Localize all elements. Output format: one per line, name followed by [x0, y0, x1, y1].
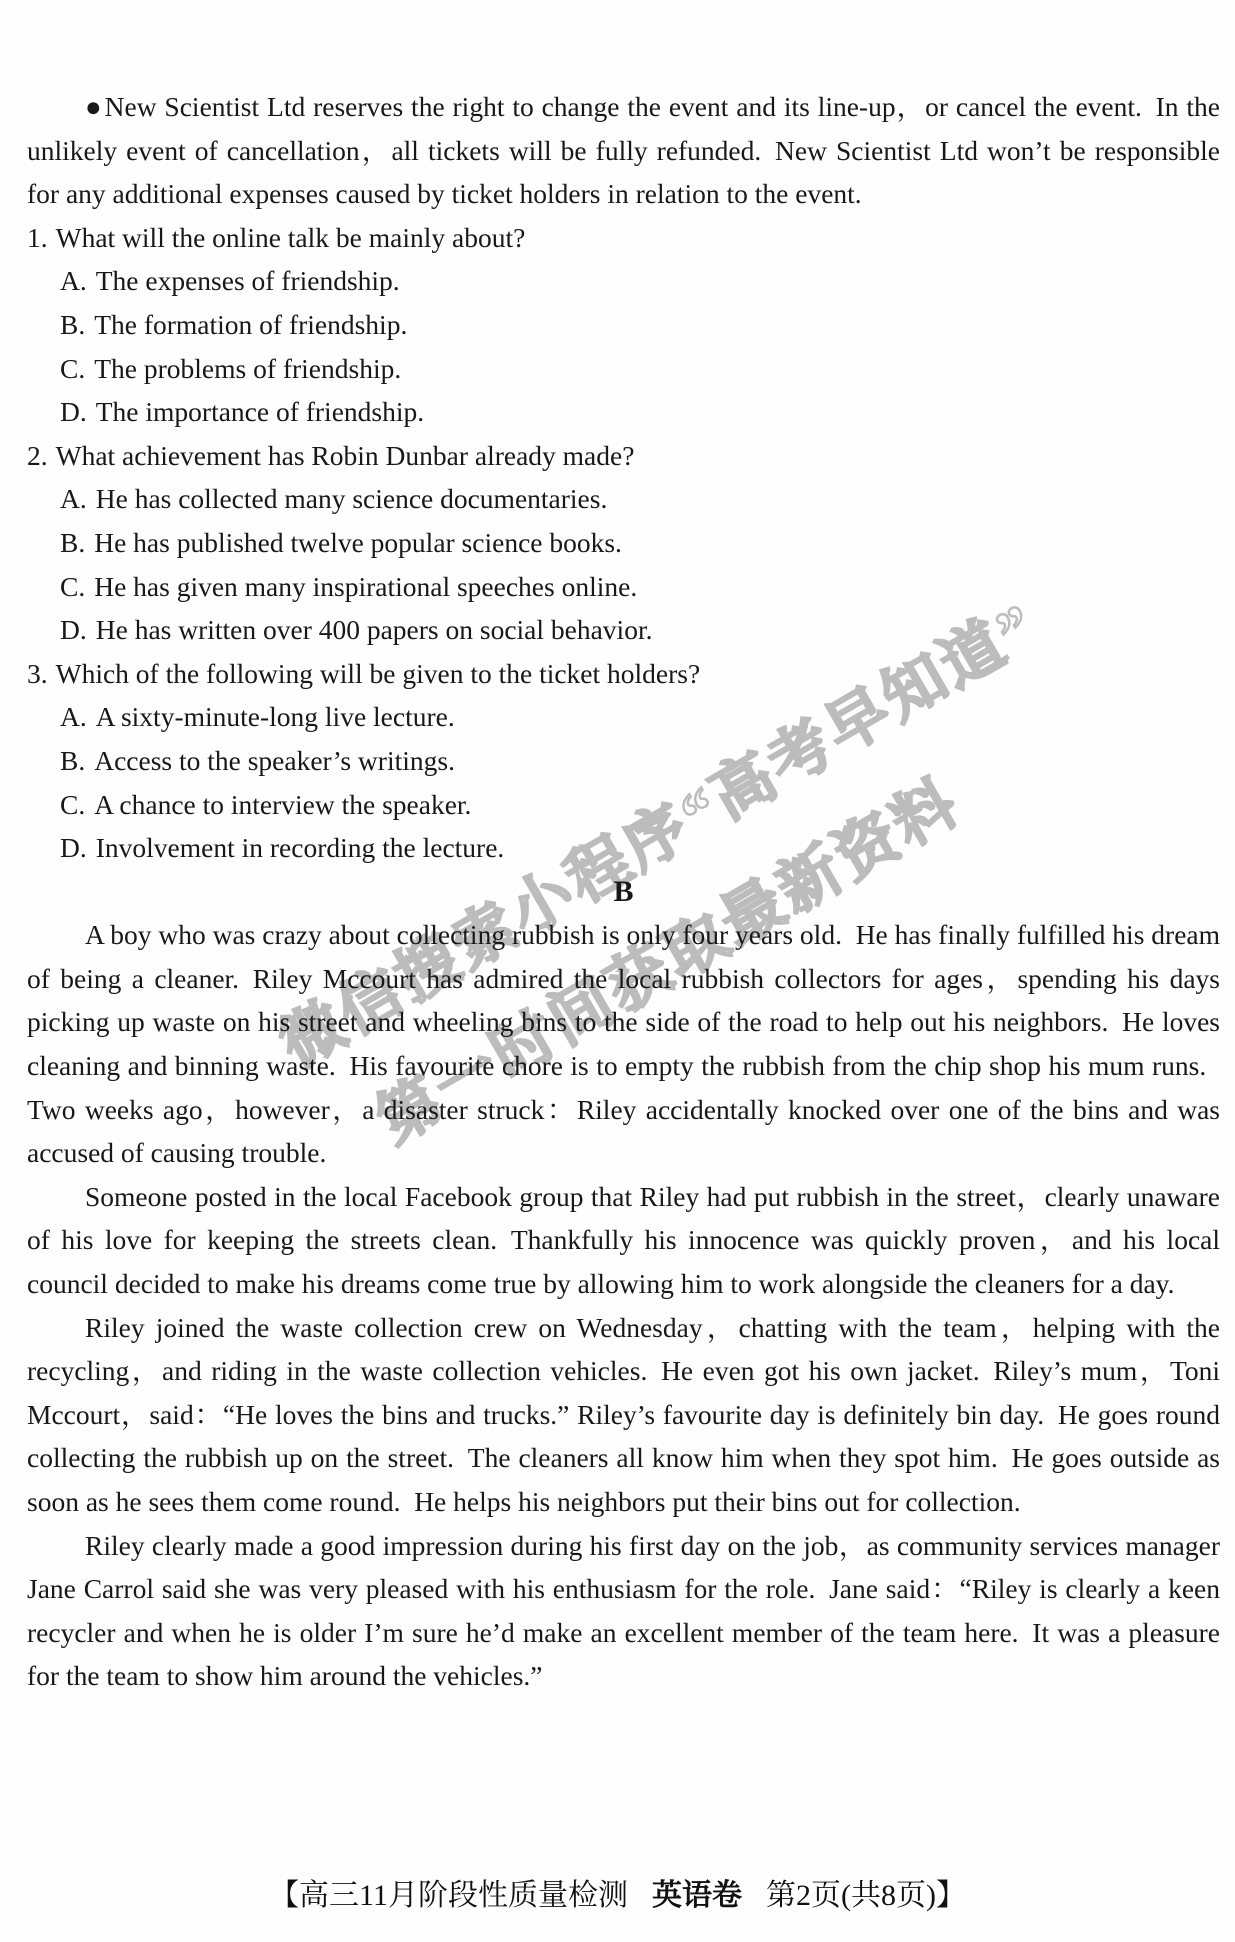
question-3-option-c: C.A chance to interview the speaker. [27, 783, 1220, 827]
page-content: ●New Scientist Ltd reserves the right to… [27, 85, 1220, 1698]
question-3-stem: 3.Which of the following will be given t… [27, 652, 1220, 696]
question-text: What will the online talk be mainly abou… [56, 222, 526, 253]
page-footer: 【高三11月阶段性质量检测英语卷第2页(共8页)】 [0, 1874, 1235, 1918]
option-label: A. [60, 701, 87, 732]
passage-paragraph-4: Riley clearly made a good impression dur… [27, 1524, 1220, 1698]
bullet-icon: ● [85, 91, 103, 122]
question-1-option-c: C.The problems of friendship. [27, 347, 1220, 391]
question-2-option-b: B.He has published twelve popular scienc… [27, 521, 1220, 565]
passage-paragraph-3: Riley joined the waste collection crew o… [27, 1306, 1220, 1524]
question-2: 2.What achievement has Robin Dunbar alre… [27, 434, 1220, 652]
option-text: Involvement in recording the lecture. [96, 832, 505, 863]
option-text: A sixty-minute-long live lecture. [96, 701, 455, 732]
option-text: The expenses of friendship. [96, 265, 400, 296]
question-1: 1.What will the online talk be mainly ab… [27, 216, 1220, 434]
question-2-option-c: C.He has given many inspirational speech… [27, 565, 1220, 609]
notice-paragraph: ●New Scientist Ltd reserves the right to… [27, 85, 1220, 216]
option-label: D. [60, 396, 87, 427]
question-3: 3.Which of the following will be given t… [27, 652, 1220, 870]
option-text: He has collected many science documentar… [96, 483, 608, 514]
option-text: He has written over 400 papers on social… [96, 614, 653, 645]
question-number: 3. [27, 658, 48, 689]
option-text: A chance to interview the speaker. [94, 789, 471, 820]
question-1-option-a: A.The expenses of friendship. [27, 259, 1220, 303]
option-text: Access to the speaker’s writings. [94, 745, 455, 776]
question-3-option-a: A.A sixty-minute-long live lecture. [27, 695, 1220, 739]
footer-exam-title: 【高三11月阶段性质量检测 [269, 1879, 628, 1912]
option-label: D. [60, 832, 87, 863]
question-2-option-a: A.He has collected many science document… [27, 477, 1220, 521]
question-3-option-d: D.Involvement in recording the lecture. [27, 826, 1220, 870]
question-1-stem: 1.What will the online talk be mainly ab… [27, 216, 1220, 260]
question-number: 1. [27, 222, 48, 253]
question-text: What achievement has Robin Dunbar alread… [56, 440, 635, 471]
exam-page: 微信搜索小程序“高考早知道” 第一时间获取最新资料 ●New Scientist… [0, 0, 1235, 1942]
option-label: C. [60, 789, 85, 820]
option-label: D. [60, 614, 87, 645]
option-label: C. [60, 571, 85, 602]
question-number: 2. [27, 440, 48, 471]
option-label: A. [60, 483, 87, 514]
option-text: He has given many inspirational speeches… [94, 571, 637, 602]
question-2-option-d: D.He has written over 400 papers on soci… [27, 608, 1220, 652]
passage-paragraph-2: Someone posted in the local Facebook gro… [27, 1175, 1220, 1306]
option-text: The importance of friendship. [96, 396, 424, 427]
question-text: Which of the following will be given to … [56, 658, 701, 689]
option-text: He has published twelve popular science … [94, 527, 622, 558]
notice-text: New Scientist Ltd reserves the right to … [27, 91, 1220, 209]
option-label: B. [60, 309, 85, 340]
option-label: B. [60, 527, 85, 558]
question-2-stem: 2.What achievement has Robin Dunbar alre… [27, 434, 1220, 478]
passage-paragraph-1: A boy who was crazy about collecting rub… [27, 913, 1220, 1175]
option-text: The problems of friendship. [94, 353, 401, 384]
option-label: B. [60, 745, 85, 776]
footer-page-number: 第2页(共8页)】 [766, 1879, 966, 1912]
footer-subject: 英语卷 [652, 1879, 742, 1912]
question-1-option-b: B.The formation of friendship. [27, 303, 1220, 347]
option-text: The formation of friendship. [94, 309, 407, 340]
question-1-option-d: D.The importance of friendship. [27, 390, 1220, 434]
question-3-option-b: B.Access to the speaker’s writings. [27, 739, 1220, 783]
section-b-heading: B [27, 870, 1220, 914]
option-label: A. [60, 265, 87, 296]
option-label: C. [60, 353, 85, 384]
